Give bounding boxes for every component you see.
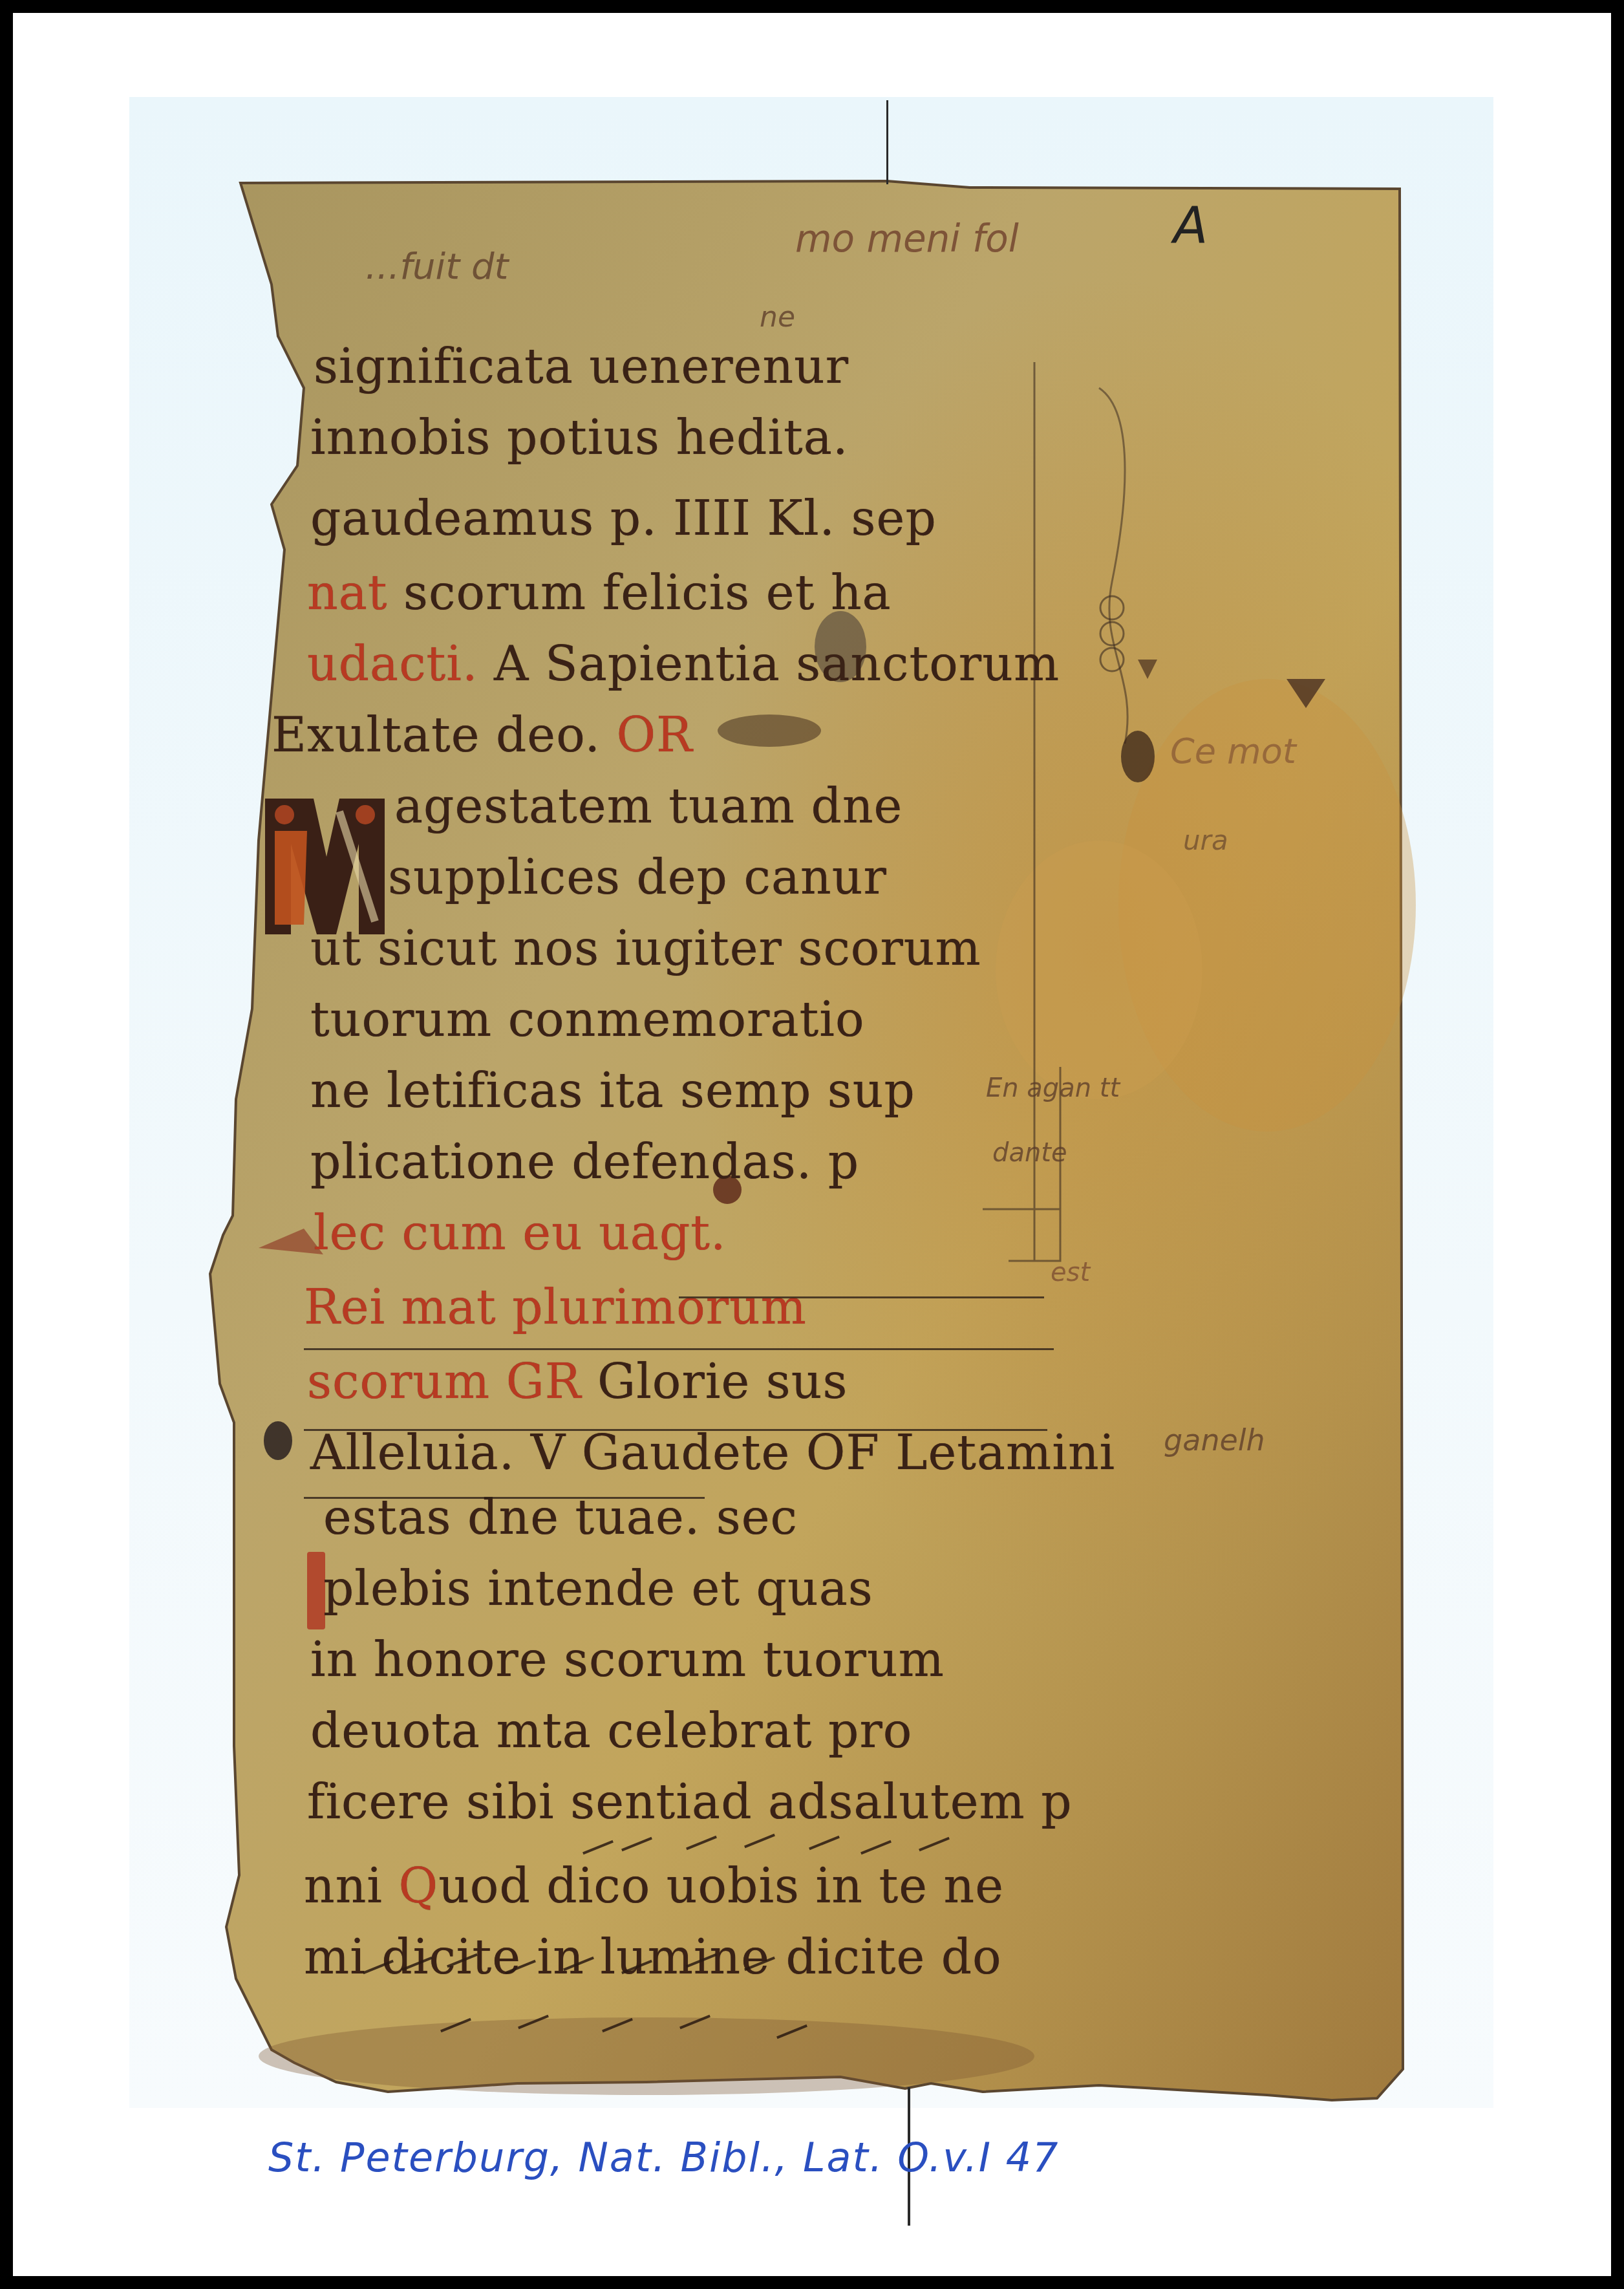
manuscript-line: nni Quod dico uobis in te ne: [304, 1862, 1004, 1910]
rubric-text: OR: [616, 707, 692, 763]
folio-letter: A: [1173, 197, 1208, 255]
text-segment: Glorie sus: [597, 1354, 848, 1410]
margin-note-right-5: est: [1051, 1258, 1090, 1287]
text-segment: ut sicut nos iugiter scorum: [310, 921, 981, 976]
text-segment: uod dico uobis in te ne: [438, 1858, 1004, 1914]
margin-note-top-left: ...fuit dt: [365, 246, 508, 288]
text-segment: significata uenerenur: [314, 339, 849, 394]
text-segment: ficere sibi sentiad adsalutem p: [307, 1774, 1073, 1830]
rubric-text: nat: [307, 565, 403, 621]
ruling-line: [304, 1348, 1054, 1350]
text-segment: A Sapientia sanctorum: [494, 636, 1060, 692]
rubric-text: udacti.: [307, 636, 494, 692]
manuscript-line: estas dne tuae. sec: [323, 1494, 798, 1542]
rubric-text: scorum GR: [307, 1354, 597, 1410]
manuscript-line: in honore scorum tuorum: [310, 1636, 945, 1684]
manuscript-line: Exultate deo. OR: [272, 711, 693, 759]
text-segment: scorum felicis et ha: [403, 565, 892, 621]
shelfmark-caption: St. Peterburg, Nat. Bibl., Lat. O.v.I 47: [268, 2134, 1060, 2181]
manuscript-line: innobis potius hedita.: [310, 414, 848, 462]
manuscript-line: udacti. A Sapientia sanctorum: [307, 640, 1060, 688]
manuscript-line: significata uenerenur: [314, 343, 849, 391]
manuscript-line: supplices dep canur: [388, 854, 887, 901]
rubric-text: Rei mat plurimorum: [304, 1280, 807, 1335]
margin-note-right-4: dante: [992, 1138, 1067, 1168]
manuscript-line: Alleluia. V Gaudete OF Letamini: [310, 1429, 1115, 1477]
manuscript-line: scorum GR Glorie sus: [307, 1358, 848, 1406]
text-segment: deuota mta celebrat pro: [310, 1703, 912, 1759]
manuscript-line: plicatione defendas. p: [310, 1138, 859, 1186]
manuscript-line: mi dicite in lumine dicite do: [304, 1933, 1002, 1981]
margin-note-right-1: Ce mot: [1170, 731, 1296, 771]
manuscript-line: Rei mat plurimorum: [304, 1284, 807, 1331]
manuscript-line: agestatem tuam dne: [394, 782, 903, 830]
margin-note-ne: ne: [760, 301, 795, 334]
margin-note-top-center: mo meni fol: [795, 217, 1019, 261]
text-segment: Exultate deo.: [272, 707, 616, 763]
manuscript-line: deuota mta celebrat pro: [310, 1707, 912, 1755]
margin-note-right-2: ura: [1183, 824, 1228, 856]
rubric-text: Q: [399, 1858, 439, 1914]
text-segment: Alleluia. V Gaudete OF Letamini: [310, 1425, 1115, 1481]
ruling-line: [679, 1296, 1044, 1298]
margin-note-right-6: ganelh: [1164, 1423, 1265, 1457]
manuscript-line: tuorum conmemoratio: [310, 996, 864, 1044]
manuscript-line: ne letificas ita semp sup: [310, 1067, 915, 1115]
text-segment: innobis potius hedita.: [310, 410, 848, 466]
margin-note-right-3: En agan tt: [986, 1073, 1120, 1103]
text-segment: plicatione defendas. p: [310, 1134, 859, 1190]
manuscript-line: nat scorum felicis et ha: [307, 569, 892, 617]
center-fold-line-top: [886, 100, 888, 184]
rubric-text: lec cum eu uagt.: [314, 1205, 727, 1261]
manuscript-line: gaudeamus p. IIII Kl. sep: [310, 495, 937, 543]
text-segment: gaudeamus p. IIII Kl. sep: [310, 491, 937, 546]
text-segment: supplices dep canur: [388, 850, 887, 905]
text-segment: in honore scorum tuorum: [310, 1632, 945, 1688]
manuscript-line: lec cum eu uagt.: [314, 1209, 727, 1257]
text-segment: nni: [304, 1858, 399, 1914]
text-segment: tuorum conmemoratio: [310, 992, 864, 1048]
ruling-line: [304, 1497, 705, 1499]
text-segment: sec: [700, 1490, 798, 1545]
manuscript-line: plebis intende et quas: [323, 1565, 873, 1613]
text-segment: plebis intende et quas: [323, 1561, 873, 1617]
ruling-line: [304, 1429, 1047, 1431]
initial-I: [307, 1552, 325, 1629]
text-segment: agestatem tuam dne: [394, 779, 903, 834]
manuscript-line: ut sicut nos iugiter scorum: [310, 925, 981, 973]
illuminated-initial-M: [255, 786, 398, 941]
text-segment: ne letificas ita semp sup: [310, 1063, 915, 1119]
manuscript-line: ficere sibi sentiad adsalutem p: [307, 1778, 1073, 1826]
text-segment: mi dicite in lumine dicite do: [304, 1929, 1002, 1985]
